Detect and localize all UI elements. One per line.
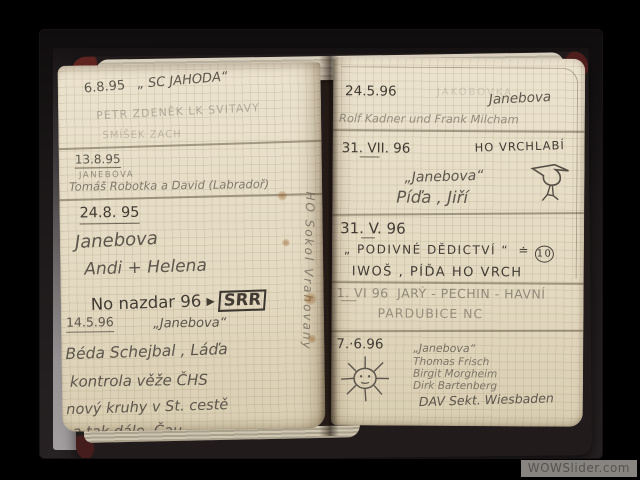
book-gutter-shadow [319, 56, 339, 436]
entry-line: Tomáš Robotka a David (Labradoř) [69, 179, 269, 193]
entry-date: 6.8.95 „ SC JAHODA“ [83, 70, 228, 95]
grade-circled: 10 [535, 246, 554, 263]
entry-title: „ SC JAHODA“ [137, 69, 229, 92]
right-page: 24.5.96 JAKOBOVKA Janebova Rolf Kadner u… [331, 57, 586, 427]
page-stain [304, 292, 317, 305]
entry-line: Andi + Helena [84, 258, 207, 279]
entry-club: HO VRCHLABÍ [475, 140, 565, 154]
entry-date-text: 1. VI 96 [337, 285, 389, 300]
greeting-text: No nazdar 96 ▸ [90, 291, 215, 314]
entry-line: 1. VI 96 JARÝ - PECHIN - HAVNÍ [337, 287, 546, 301]
entry-title: „ PODIVNÉ DĚDICTVÍ “ [344, 242, 509, 257]
entry-line: IWOŠ , PÍĎA HO VRCH [352, 265, 523, 279]
bird-doodle [528, 160, 574, 202]
margin-note-vertical: HO Sokol Vrahovany [298, 191, 317, 421]
entry-name: Janebova [75, 230, 159, 252]
wowslider-watermark[interactable]: WOWSlider.com [521, 460, 637, 477]
entry-line: Píďa , Jiří [396, 190, 468, 207]
left-page: 6.8.95 „ SC JAHODA“ PETR ZDENĚK LK SVITA… [57, 62, 325, 432]
sun-doodle [339, 352, 391, 404]
entry-name: „Janebova“ [413, 343, 475, 354]
entry-date: 24.5.96 [345, 85, 397, 99]
entry-line: kontrola věže ČHS [70, 373, 208, 390]
screenshot-stage: 6.8.95 „ SC JAHODA“ PETR ZDENĚK LK SVITA… [0, 0, 640, 480]
greeting-initials: SRR [218, 289, 267, 311]
entry-date-text: 6.8.95 [83, 78, 125, 96]
divider-line [59, 140, 322, 150]
divider-line [332, 281, 584, 284]
entry-date: 7.·6.96 [336, 338, 383, 352]
entry-line: Rolf Kadner und Frank Milcham [339, 113, 519, 126]
signature-line: Thomas Frisch [413, 357, 489, 368]
entry-date: 24.8. 95 [79, 206, 139, 224]
faded-entry-line: PETR ZDENĚK LK SVITAVY [96, 102, 260, 121]
entry-date: 13.8.95 [75, 153, 121, 169]
divider-line [331, 330, 583, 332]
entry-line: nový kruhy v St. cestě [66, 398, 229, 418]
entry-line: PARDUBICE NC [377, 307, 483, 320]
entry-date: 14.5.96 [66, 316, 114, 332]
signature-line: Dirk Bartenberg [413, 381, 497, 392]
entry-names: JARÝ - PECHIN - HAVNÍ [397, 286, 545, 302]
entry-name: „Janebova“ [404, 169, 483, 185]
signature-line: Birgit Morgheim [413, 369, 497, 380]
entry-line: Béda Schejbal , Láďa [65, 342, 228, 363]
faded-entry-line: SMÍŠEK ZACH [102, 130, 181, 141]
page-stain [307, 334, 316, 343]
page-stain [282, 239, 290, 247]
entry-name: „Janebova“ [153, 317, 227, 331]
notebook-photo: 6.8.95 „ SC JAHODA“ PETR ZDENĚK LK SVITA… [40, 30, 602, 458]
entry-date: 31. VII. 96 [342, 142, 411, 156]
entry-date: 31. V. 96 [340, 221, 406, 236]
signature-club: DAV Sekt. Wiesbaden [419, 392, 554, 408]
page-stain [277, 191, 287, 201]
roman-numeral-underline [341, 300, 357, 301]
entry-name: Janebova [489, 91, 552, 107]
greeting-line: No nazdar 96 ▸SRR [90, 289, 266, 315]
entry-title-line: „ PODIVNÉ DĚDICTVÍ “ ≐10 [344, 243, 554, 262]
approx-symbol: ≐ [518, 243, 530, 257]
